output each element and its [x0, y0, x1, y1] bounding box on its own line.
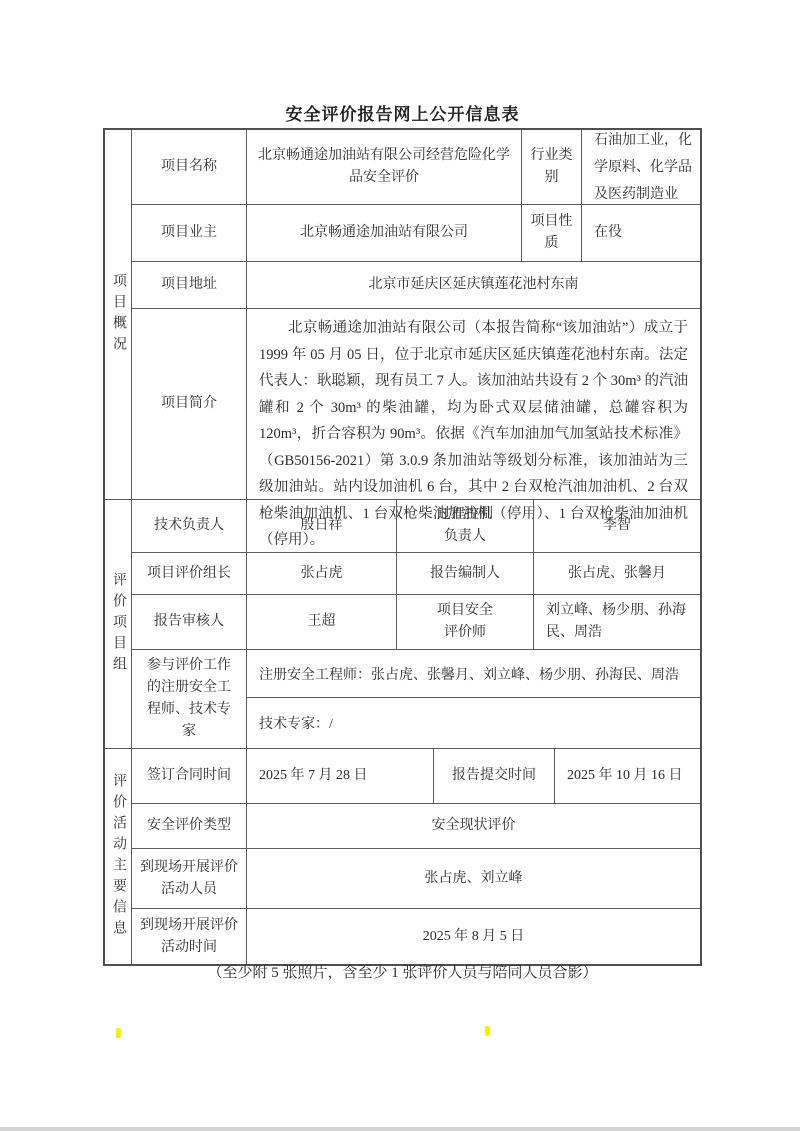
- industry-category-value: 石油加工业，化学原料、化学品及医药制造业: [582, 130, 700, 204]
- safety-assessor-value: 刘立峰、杨少朋、孙海民、周浩: [534, 595, 700, 649]
- info-table: 项目概况 项目名称 北京畅通途加油站有限公司经营危险化学品安全评价 行业类别 石…: [103, 128, 702, 966]
- tech-lead-label: 技术负责人: [132, 500, 247, 552]
- project-owner-value: 北京畅通途加油站有限公司: [247, 205, 522, 261]
- section-team: 评价项目组 技术负责人 殷日祥 过程控制负责人 李智 项目评价组长 张占虎 报告…: [105, 499, 700, 748]
- report-submit-label: 报告提交时间: [434, 749, 555, 803]
- industry-category-label: 行业类别: [522, 130, 582, 204]
- scan-page-edge: [0, 1127, 800, 1131]
- row-project-address: 项目地址 北京市延庆区延庆镇莲花池村东南: [132, 262, 700, 309]
- photo-requirement-note: （至少附 5 张照片，含至少 1 张评价人员与陪同人员合影）: [103, 961, 702, 982]
- registered-safety-engineers: 注册安全工程师：张占虎、张馨月、刘立峰、杨少朋、孙海民、周浩: [247, 650, 700, 698]
- row-project-name: 项目名称 北京畅通途加油站有限公司经营危险化学品安全评价 行业类别 石油加工业，…: [132, 130, 700, 205]
- row-contract-date: 签订合同时间 2025 年 7 月 28 日 报告提交时间 2025 年 10 …: [132, 749, 700, 804]
- section-team-group-label: 评价项目组: [105, 500, 132, 748]
- safety-assessor-label: 项目安全评价师: [397, 595, 534, 649]
- row-registered-engineers: 参与评价工作的注册安全工程师、技术专家 注册安全工程师：张占虎、张馨月、刘立峰、…: [132, 650, 700, 748]
- section-activity-group-label: 评价活动主要信息: [105, 749, 132, 964]
- section-overview-group-label: 项目概况: [105, 130, 132, 499]
- scan-artifact: [485, 1026, 490, 1036]
- safety-assessor-label-text: 项目安全评价师: [435, 600, 495, 644]
- row-site-personnel: 到现场开展评价活动人员 张占虎、刘立峰: [132, 849, 700, 909]
- report-reviewer-label: 报告审核人: [132, 595, 247, 649]
- row-project-brief: 项目简介 北京畅通途加油站有限公司（本报告简称“该加油站”）成立于 1999 年…: [132, 309, 700, 499]
- project-nature-value: 在役: [582, 205, 700, 261]
- team-leader-label: 项目评价组长: [132, 553, 247, 594]
- process-control-label-text: 过程控制负责人: [435, 504, 495, 548]
- section-activity: 评价活动主要信息 签订合同时间 2025 年 7 月 28 日 报告提交时间 2…: [105, 748, 700, 964]
- project-address-label: 项目地址: [132, 262, 247, 308]
- project-name-label: 项目名称: [132, 130, 247, 204]
- site-date-label: 到现场开展评价活动时间: [132, 909, 247, 964]
- technical-experts: 技术专家：/: [247, 698, 700, 748]
- scan-artifact: [116, 1028, 121, 1038]
- registered-engineers-label: 参与评价工作的注册安全工程师、技术专家: [132, 650, 247, 748]
- site-personnel-label: 到现场开展评价活动人员: [132, 849, 247, 908]
- report-writer-value: 张占虎、张馨月: [534, 553, 700, 594]
- evaluation-type-label: 安全评价类型: [132, 804, 247, 848]
- team-leader-value: 张占虎: [247, 553, 397, 594]
- registered-engineers-values: 注册安全工程师：张占虎、张馨月、刘立峰、杨少朋、孙海民、周浩 技术专家：/: [247, 650, 700, 748]
- project-brief-label: 项目简介: [132, 309, 247, 499]
- project-address-value: 北京市延庆区延庆镇莲花池村东南: [247, 262, 700, 308]
- project-brief-value: 北京畅通途加油站有限公司（本报告简称“该加油站”）成立于 1999 年 05 月…: [247, 309, 700, 499]
- tech-lead-value: 殷日祥: [247, 500, 397, 552]
- contract-date-value: 2025 年 7 月 28 日: [247, 749, 434, 803]
- section-overview: 项目概况 项目名称 北京畅通途加油站有限公司经营危险化学品安全评价 行业类别 石…: [105, 130, 700, 499]
- report-reviewer-value: 王超: [247, 595, 397, 649]
- site-date-value: 2025 年 8 月 5 日: [247, 909, 700, 964]
- page-title: 安全评价报告网上公开信息表: [103, 100, 702, 125]
- report-writer-label: 报告编制人: [397, 553, 534, 594]
- evaluation-type-value: 安全现状评价: [247, 804, 700, 848]
- project-owner-label: 项目业主: [132, 205, 247, 261]
- process-control-label: 过程控制负责人: [397, 500, 534, 552]
- process-control-value: 李智: [534, 500, 700, 552]
- site-personnel-value: 张占虎、刘立峰: [247, 849, 700, 908]
- contract-date-label: 签订合同时间: [132, 749, 247, 803]
- report-submit-value: 2025 年 10 月 16 日: [555, 749, 700, 803]
- project-nature-label: 项目性质: [522, 205, 582, 261]
- row-report-reviewer: 报告审核人 王超 项目安全评价师 刘立峰、杨少朋、孙海民、周浩: [132, 595, 700, 650]
- row-site-date: 到现场开展评价活动时间 2025 年 8 月 5 日: [132, 909, 700, 964]
- project-name-value: 北京畅通途加油站有限公司经营危险化学品安全评价: [247, 130, 522, 204]
- row-team-leader: 项目评价组长 张占虎 报告编制人 张占虎、张馨月: [132, 553, 700, 595]
- row-evaluation-type: 安全评价类型 安全现状评价: [132, 804, 700, 849]
- row-tech-lead: 技术负责人 殷日祥 过程控制负责人 李智: [132, 500, 700, 553]
- row-project-owner: 项目业主 北京畅通途加油站有限公司 项目性质 在役: [132, 205, 700, 262]
